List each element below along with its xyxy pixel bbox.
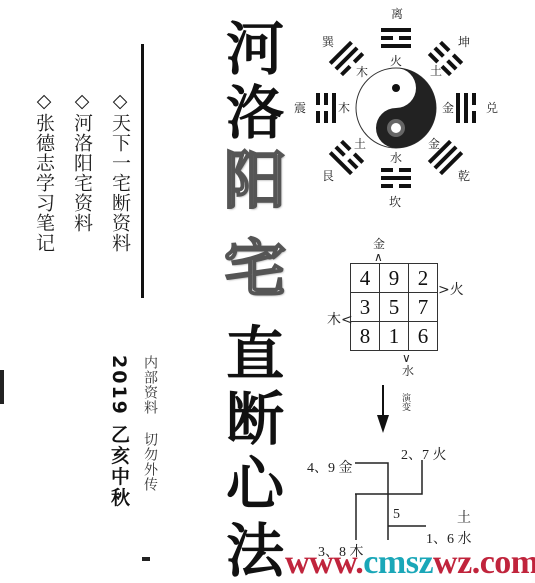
luoshu-label-left: 木<: [327, 313, 353, 327]
luoshu-grid: 4 9 2 3 5 7 8 1 6: [350, 263, 438, 351]
grid-cell: 5: [380, 293, 409, 322]
date-text: 2019 乙亥中秋: [108, 355, 130, 509]
grid-cell: 7: [409, 293, 438, 322]
watermark-middle: cmsz: [363, 544, 433, 581]
hetu-label-metal: 4、9 金: [307, 457, 353, 477]
title-char: 直: [220, 325, 290, 383]
title-char: 心: [220, 455, 290, 513]
grid-cell: 8: [351, 322, 380, 351]
element-wood: 木: [338, 102, 350, 114]
element-metal: 金: [442, 102, 454, 114]
element-water: 水: [390, 152, 402, 164]
watermark: www.cmszwz.com: [285, 546, 535, 580]
toc-item-label: 张德志学习笔记: [33, 113, 55, 253]
trigram-name-li: 离: [391, 8, 403, 20]
confidential-notice: 内部资料 切勿外传: [140, 355, 160, 492]
hetu-label-earth: 土: [457, 507, 471, 527]
luoshu-label-right: >火: [438, 283, 464, 297]
title-char: 河: [220, 20, 290, 78]
grid-cell: 9: [380, 264, 409, 293]
toc-item-label: 河洛阳宅资料: [71, 113, 93, 233]
diamond-icon: ◇: [71, 90, 93, 113]
publication-date: 2019 乙亥中秋: [106, 355, 133, 509]
title-char: 宅: [220, 238, 290, 300]
arrow-up-icon: ∧: [374, 251, 383, 263]
element-earth: 土: [354, 138, 366, 150]
toc-item-3: ◇张德志学习笔记: [34, 90, 53, 253]
luoshu-label-bottom: 水: [402, 365, 414, 377]
element-metal: 金: [428, 138, 440, 150]
grid-cell: 1: [380, 322, 409, 351]
toc-item-1: ◇天下一宅断资料: [110, 90, 129, 253]
hetu-label-center: 5: [393, 507, 400, 523]
arrow-down-large-icon: [376, 385, 390, 435]
transform-label: 演变: [400, 393, 409, 411]
luoshu-label-top: 金: [373, 238, 385, 250]
trigram-name-kun: 坤: [458, 36, 470, 48]
grid-cell: 6: [409, 322, 438, 351]
watermark-prefix: www.: [285, 544, 363, 581]
trigram-name-kan: 坎: [389, 196, 401, 208]
title-char: 断: [220, 390, 290, 448]
trigram-name-qian: 乾: [458, 170, 470, 182]
element-wood: 木: [356, 66, 368, 78]
grid-cell: 3: [351, 293, 380, 322]
grid-cell: 2: [409, 264, 438, 293]
vertical-divider: [141, 44, 144, 298]
trigram-name-gen: 艮: [322, 170, 334, 182]
arrow-down-icon: ∨: [402, 352, 411, 364]
hetu-label-fire: 2、7 火: [401, 444, 447, 464]
page-edge-mark: [0, 370, 4, 404]
hetu-diagram: [350, 460, 430, 540]
toc-item-2: ◇河洛阳宅资料: [72, 90, 91, 233]
title-char: 法: [220, 522, 290, 580]
diamond-icon: ◇: [109, 90, 131, 113]
title-char: 洛: [220, 84, 290, 142]
grid-cell: 4: [351, 264, 380, 293]
title-char: 阳: [220, 150, 290, 212]
small-mark: [142, 557, 150, 561]
watermark-suffix: wz.com: [433, 544, 535, 581]
trigram-name-xun: 巽: [322, 36, 334, 48]
bagua-diagram: 离 坤 兑 乾 坎 艮 震 巽 火 土 金 金 水 土 木 木: [300, 0, 535, 210]
yin-yang-icon: [300, 0, 535, 210]
toc-item-label: 天下一宅断资料: [109, 113, 131, 253]
diamond-icon: ◇: [33, 90, 55, 113]
trigram-name-zhen: 震: [294, 102, 306, 114]
element-earth: 土: [430, 65, 442, 77]
trigram-name-dui: 兑: [486, 102, 498, 114]
element-fire: 火: [390, 55, 402, 67]
